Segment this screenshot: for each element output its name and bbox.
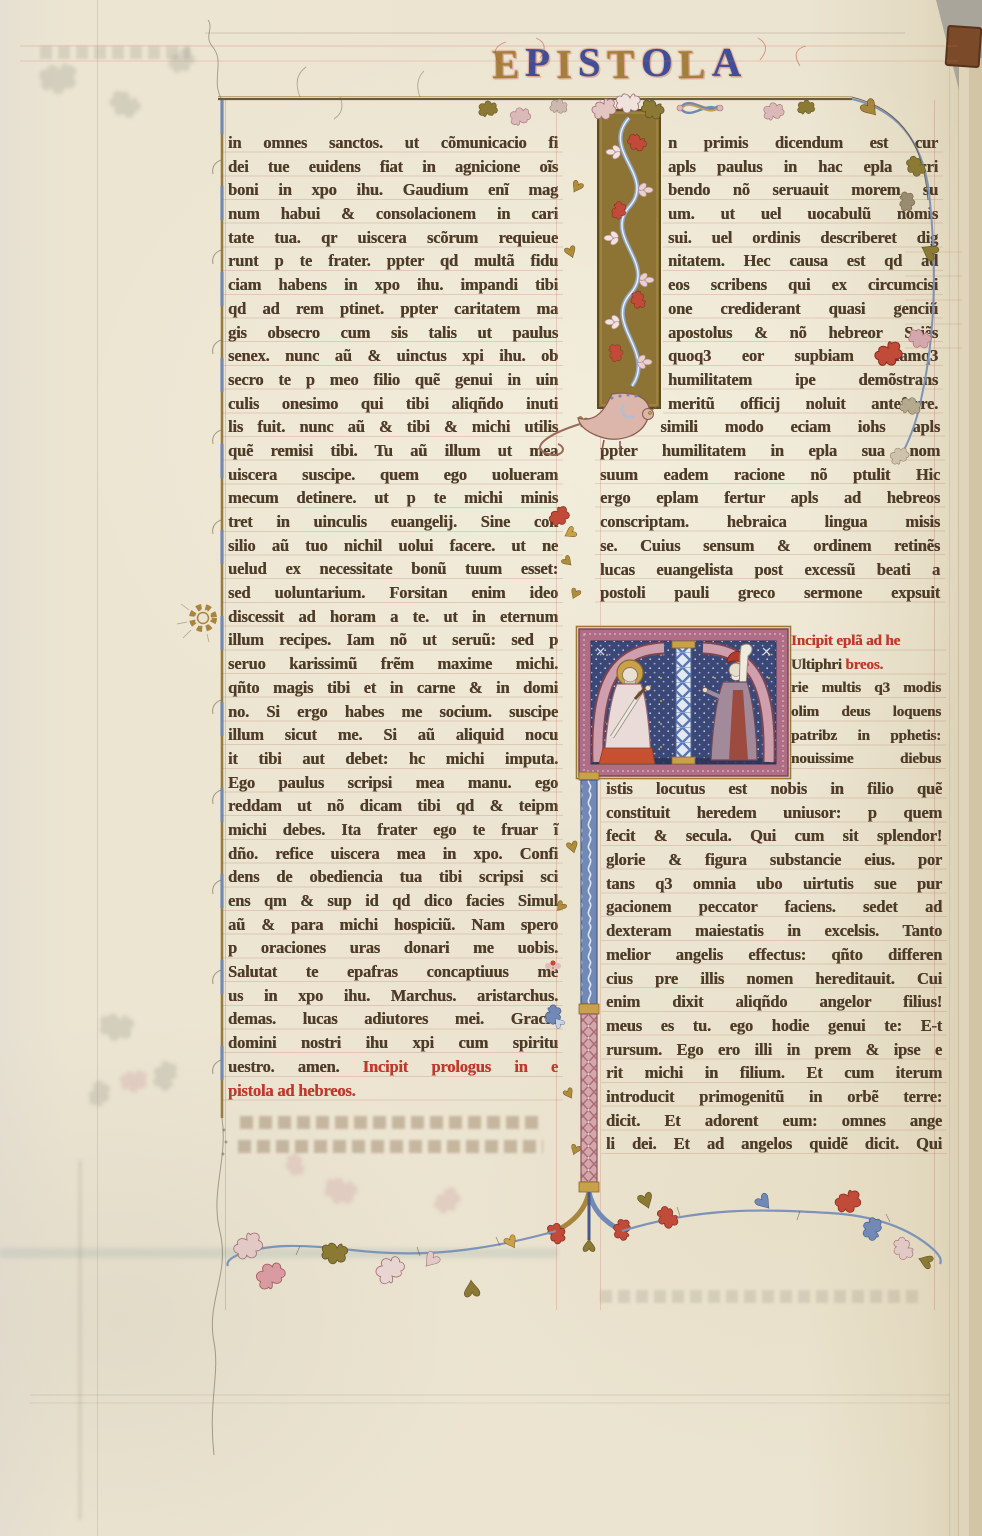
body-text: humilitatem ipe demõstrans [668,370,938,389]
header-letter: O [640,39,673,85]
right-column-prologue-beside-initial: n primis dicendum est curapls paulus in … [663,131,943,415]
body-text: se. Cuius sensum & ordinem retinẽs [600,536,940,555]
vine-leaf [463,1280,480,1298]
text-line: lis fuit. nunc aũ & tibi & michi utilis [228,415,558,439]
page-edge-strip [942,58,982,1536]
text-line: dicit. Et adorent eum: omnes ange [606,1109,942,1133]
text-line: ciam habens in xpo ihu. impandi tibi [228,273,558,297]
body-text: in omnes sanctos. ut cõmunicacio fi [228,133,558,152]
text-line: demas. lucas adiutores mei. Gracia [228,1007,558,1031]
bottom-border-vine [228,1188,941,1297]
text-line: tret in uinculis euangelij. Sine con [228,510,558,534]
text-line: ens qm & sup id qd dico facies Simul [228,889,558,913]
body-text: dicit. Et adorent eum: omnes ange [606,1111,942,1130]
vine-leaf [230,1230,266,1264]
text-line: conscriptam. hebraica lingua misis [600,510,940,534]
body-text: patribz in pphetis: [791,727,941,744]
text-line: illum recipes. Iam nõ ut seruũ: sed p [228,628,558,652]
body-text: illum recipes. Iam nõ ut seruũ: sed p [228,630,558,649]
body-text: tans q3 omnia ubo uirtutis sue pur [606,874,942,893]
text-line: Ultiphri breos. [791,653,941,677]
rosette-ornament [177,604,214,642]
hanging-leaves [479,97,816,126]
body-text: no. Si ergo habes me socium. suscipe [228,702,558,721]
historiated-initial-m [577,627,791,779]
body-text: meritũ officij noluit anteferre. [668,394,938,413]
text-line: gacionem peccator faciens. sedet ad [606,895,942,919]
body-text: suum eadem racione nõ ptulit Hic [600,465,940,484]
text-line: melior angelis effectus: qñto differen [606,943,942,967]
body-text: Ultiphri [791,656,845,673]
body-text: tret in uinculis euangelij. Sine con [228,512,558,531]
body-text: eos scribens qui ex circumcisi [668,275,938,294]
body-text: gacionem peccator faciens. sedet ad [606,897,942,916]
body-text: fecit & secula. Qui cum sit splendor! [606,826,942,845]
body-text: tate tua. qr uiscera scõrum requieue [228,228,558,247]
text-line: introducit primogenitũ in orbẽ terre: [606,1085,942,1109]
show-through-text [40,46,190,59]
body-text: num habui & consolacionem in cari [228,204,558,223]
text-line: istis locutus est nobis in filio quẽ [606,777,942,801]
text-line: ppter humilitatem in epla sua nom [600,439,940,463]
descender-flourish [212,1118,223,1455]
body-text: aũ & para michi hospiciũ. Nam spero [228,915,558,934]
body-text: Salutat te epafras concaptiuus me [228,962,558,981]
text-line: one crediderant quasi genciũ [668,297,938,321]
text-line: nouissime diebus [791,747,941,771]
text-line: apostolus & nõ hebreor Sciẽs [668,321,938,345]
left-text-column: in omnes sanctos. ut cõmunicacio fidei t… [223,131,563,1102]
text-line: bendo nõ seruauit morem su [668,178,938,202]
text-line: us in xpo ihu. Marchus. aristarchus. [228,984,558,1008]
text-line: dño. refice uiscera mea in xpo. Confi [228,842,558,866]
body-text: demas. lucas adiutores mei. Gracia [228,1009,558,1028]
body-text: n primis dicendum est cur [668,133,938,152]
text-line: michi debes. Ita frater ego te fruar ĩ [228,818,558,842]
body-text: seruo karissimũ frẽm maxime michi. [228,654,558,673]
text-line: se. Cuius sensum & ordinem retinẽs [600,534,940,558]
text-line: enim dixit aliqñdo angelor filius! [606,990,942,1014]
vine-leaf [653,1203,680,1231]
text-line: num habui & consolacionem in cari [228,202,558,226]
body-text: uestro. amen. [228,1057,363,1076]
body-text: introducit primogenitũ in orbẽ terre: [606,1087,942,1106]
body-text: culis onesimo qui tibi aliqñdo inuti [228,394,558,413]
body-text: domini nostri ihu xpi cum spiritu [228,1033,558,1052]
rubric-text: Incipit prologus in e [363,1057,558,1076]
body-text: lucas euangelista post excessũ beati a [600,560,940,579]
body-text: secro te p meo filio quẽ genui in uin [228,370,558,389]
text-line: n primis dicendum est cur [668,131,938,155]
vine-leaf [833,1188,863,1215]
body-text: dño. refice uiscera mea in xpo. Confi [228,844,558,863]
body-text: constituit heredem uniusor: p quem [606,803,942,822]
text-line: reddam ut nõ dicam tibi qd & teipm [228,794,558,818]
body-text: qñto magis tibi et in carne & in domi [228,678,558,697]
body-text: quoq3 eor supbiam suamq3 [668,346,938,365]
body-text: li dei. Et ad angelos quidẽ dicit. Qui [606,1134,942,1153]
text-line: meus es tu. ego hodie genui te: E-t [606,1014,942,1038]
body-text: rit michi in filium. Et cum iterum [606,1063,942,1082]
body-text: Nam simili modo eciam iohs apls [600,417,940,436]
text-line: tate tua. qr uiscera scõrum requieue [228,226,558,250]
body-text: ppter humilitatem in epla sua nom [600,441,940,460]
text-line: sed uoluntarium. Forsitan enim ideo [228,581,558,605]
text-line: rursum. Ego ero illi in prem & ipse e [606,1038,942,1062]
body-text: melior angelis effectus: qñto differen [606,945,942,964]
text-line: p oraciones uras donari me uobis. [228,936,558,960]
text-line: gis obsecro cum sis talis ut paulus [228,321,558,345]
body-text: istis locutus est nobis in filio quẽ [606,779,942,798]
body-text: um. ut uel uocabulũ nomis [668,204,938,223]
body-text: uiscera suscipe. quem ego uolueram [228,465,558,484]
text-line: suum eadem racione nõ ptulit Hic [600,463,940,487]
header-letter: S [578,39,601,85]
text-line: cius pre illis nomen hereditauit. Cui [606,967,942,991]
bar-leaves [604,131,654,371]
rubric-text: Incipit eplã ad he [791,632,900,649]
body-text: illum sicut me. Si aũ aliquid nocu [228,725,558,744]
text-line: aũ & para michi hospiciũ. Nam spero [228,913,558,937]
text-line: constituit heredem uniusor: p quem [606,801,942,825]
body-text: postoli pauli greco sermone expsuit [600,583,940,602]
body-text: apostolus & nõ hebreor Sciẽs [668,323,938,342]
text-line: quoq3 eor supbiam suamq3 [668,344,938,368]
body-text: reddam ut nõ dicam tibi qd & teipm [228,796,558,815]
text-line: patribz in pphetis: [791,724,941,748]
body-text: us in xpo ihu. Marchus. aristarchus. [228,986,558,1005]
body-text: dei tue euidens fiat in agnicione oĩs [228,157,558,176]
text-line: boni in xpo ihu. Gaudium enĩ mag [228,178,558,202]
body-text: cius pre illis nomen hereditauit. Cui [606,969,942,988]
body-text: it tibi aut debet: hc michi imputa. [228,749,558,768]
text-line: humilitatem ipe demõstrans [668,368,938,392]
text-line: ergo eplam fertur apls ad hebreos [600,486,940,510]
text-line: sui. uel ordinis describeret dig [668,226,938,250]
right-column-prologue-full: Nam simili modo eciam iohs aplsppter hum… [595,415,945,605]
header-letter: L [678,41,706,87]
text-line: postoli pauli greco sermone expsuit [600,581,940,605]
right-column-opening-beside-initial: Incipit eplã ad heUltiphri breos.rie mul… [786,629,946,771]
fold-line [97,0,98,1536]
body-text: ens qm & sup id qd dico facies Simul [228,891,558,910]
manuscript-page: EPISTOLA in omnes sanctos. ut cõmunicaci… [0,0,982,1536]
body-text: nouissime diebus [791,750,941,767]
center-knot [677,103,723,113]
text-line: culis onesimo qui tibi aliqñdo inuti [228,392,558,416]
text-line: dei tue euidens fiat in agnicione oĩs [228,155,558,179]
show-through-text [238,1140,543,1153]
body-text: discessit ad horam a te. ut in eternum [228,607,558,626]
show-through-band [0,1248,558,1258]
body-text: apls paulus in hac epla scri [668,157,938,176]
text-line: runt p te frater. ppter qd multã fidu [228,249,558,273]
vine-leaf [253,1258,289,1292]
text-line: fecit & secula. Qui cum sit splendor! [606,824,942,848]
text-line: senex. nunc aũ & uinctus xpi ihu. ob [228,344,558,368]
text-line: seruo karissimũ frẽm maxime michi. [228,652,558,676]
running-title: EPISTOLA [492,40,741,86]
body-text: Ego paulus scripsi mea manu. ego [228,773,558,792]
text-line: silio aũ tuo nichil uolui facere. ut ne [228,534,558,558]
figure-prophet [703,644,757,760]
bar-top-leaves [590,91,666,123]
header-letter: A [711,39,741,85]
header-letter: I [556,41,573,87]
text-line: olim deus loquens [791,700,941,724]
text-line: nitatem. Hec causa est qd ad [668,249,938,273]
body-text: boni in xpo ihu. Gaudium enĩ mag [228,180,558,199]
body-text: sui. uel ordinis describeret dig [668,228,938,247]
header-letter: E [492,41,520,87]
body-text: enim dixit aliqñdo angelor filius! [606,992,942,1011]
text-line: illum sicut me. Si aũ aliquid nocu [228,723,558,747]
vine-leaf [890,1235,915,1262]
text-line: rie multis q3 modis [791,676,941,700]
rubric-text: pistola ad hebreos. [228,1081,355,1100]
body-text: nitatem. Hec causa est qd ad [668,251,938,270]
text-line: uelud ex necessitate bonũ tuum esset: [228,557,558,581]
right-column-epistle-full: istis locutus est nobis in filio quẽcons… [601,777,947,1156]
body-text: rursum. Ego ero illi in prem & ipse e [606,1040,942,1059]
vine-leaf [859,1214,886,1242]
body-text: ciam habens in xpo ihu. impandi tibi [228,275,558,294]
text-line: apls paulus in hac epla scri [668,155,938,179]
body-text: silio aũ tuo nichil uolui facere. ut ne [228,536,558,555]
text-line: qd ad rem ptinet. ppter caritatem ma [228,297,558,321]
body-text: lis fuit. nunc aũ & tibi & michi utilis [228,417,558,436]
body-text: bendo nõ seruauit morem su [668,180,938,199]
text-line: Ego paulus scripsi mea manu. ego [228,771,558,795]
text-line: dens de obediencia tua tibi scripsi sci [228,865,558,889]
text-line: qñto magis tibi et in carne & in domi [228,676,558,700]
text-line: uestro. amen. Incipit prologus in e [228,1055,558,1079]
text-line: domini nostri ihu xpi cum spiritu [228,1031,558,1055]
body-text: rie multis q3 modis [791,679,941,696]
pen-dots [222,1129,228,1156]
body-text: uelud ex necessitate bonũ tuum esset: [228,559,558,578]
text-line: mecum detinere. ut p te michi minis [228,486,558,510]
body-text: p oraciones uras donari me uobis. [228,938,558,957]
header-letter: T [607,41,635,87]
body-text: conscriptam. hebraica lingua misis [600,512,940,531]
text-line: um. ut uel uocabulũ nomis [668,202,938,226]
text-line: lucas euangelista post excessũ beati a [600,558,940,582]
vine-leaf [754,1192,775,1213]
text-line: secro te p meo filio quẽ genui in uin [228,368,558,392]
text-line: quẽ remisi tibi. Tu aũ illum ut mea [228,439,558,463]
body-text: sed uoluntarium. Forsitan enim ideo [228,583,558,602]
text-line: pistola ad hebreos. [228,1079,558,1103]
text-line: dexteram maiestatis in excelsis. Tanto [606,919,942,943]
body-text: one crediderant quasi genciũ [668,299,938,318]
text-line: eos scribens qui ex circumcisi [668,273,938,297]
text-line: rit michi in filium. Et cum iterum [606,1061,942,1085]
text-line: it tibi aut debet: hc michi imputa. [228,747,558,771]
body-text: dens de obediencia tua tibi scripsi sci [228,867,558,886]
rubric-text: breos. [845,656,883,673]
thorn-curls [213,160,221,1074]
text-line: glorie & figura substancie eius. por [606,848,942,872]
body-text: mecum detinere. ut p te michi minis [228,488,558,507]
body-text: ergo eplam fertur apls ad hebreos [600,488,940,507]
vine-leaf [637,1192,656,1211]
text-line: discessit ad horam a te. ut in eternum [228,605,558,629]
left-border-bar [177,20,228,1455]
text-line: uiscera suscipe. quem ego uolueram [228,463,558,487]
body-text: michi debes. Ita frater ego te fruar ĩ [228,820,558,839]
body-text: quẽ remisi tibi. Tu aũ illum ut mea [228,441,558,460]
text-line: Salutat te epafras concaptiuus me [228,960,558,984]
body-text: qd ad rem ptinet. ppter caritatem ma [228,299,558,318]
bar-foot [545,1192,633,1252]
text-line: in omnes sanctos. ut cõmunicacio fi [228,131,558,155]
body-text: senex. nunc aũ & uinctus xpi ihu. ob [228,346,558,365]
binding-tab [945,25,982,68]
text-line: li dei. Et ad angelos quidẽ dicit. Qui [606,1132,942,1156]
text-line: meritũ officij noluit anteferre. [668,392,938,416]
show-through-text [240,1116,540,1129]
vine-leaf [916,1252,933,1269]
header-letter: P [525,39,551,85]
text-line: Incipit eplã ad he [791,629,941,653]
m-letterform [598,641,769,764]
body-text: runt p te frater. ppter qd multã fidu [228,251,558,270]
text-line: tans q3 omnia ubo uirtutis sue pur [606,872,942,896]
body-text: meus es tu. ego hodie genui te: E-t [606,1016,942,1035]
show-through-text [600,1290,920,1303]
text-line: Nam simili modo eciam iohs apls [600,415,940,439]
figure-paul [599,660,655,764]
body-text: dexteram maiestatis in excelsis. Tanto [606,921,942,940]
text-line: no. Si ergo habes me socium. suscipe [228,700,558,724]
body-text: glorie & figura substancie eius. por [606,850,942,869]
body-text: olim deus loquens [791,703,941,720]
body-text: gis obsecro cum sis talis ut paulus [228,323,558,342]
